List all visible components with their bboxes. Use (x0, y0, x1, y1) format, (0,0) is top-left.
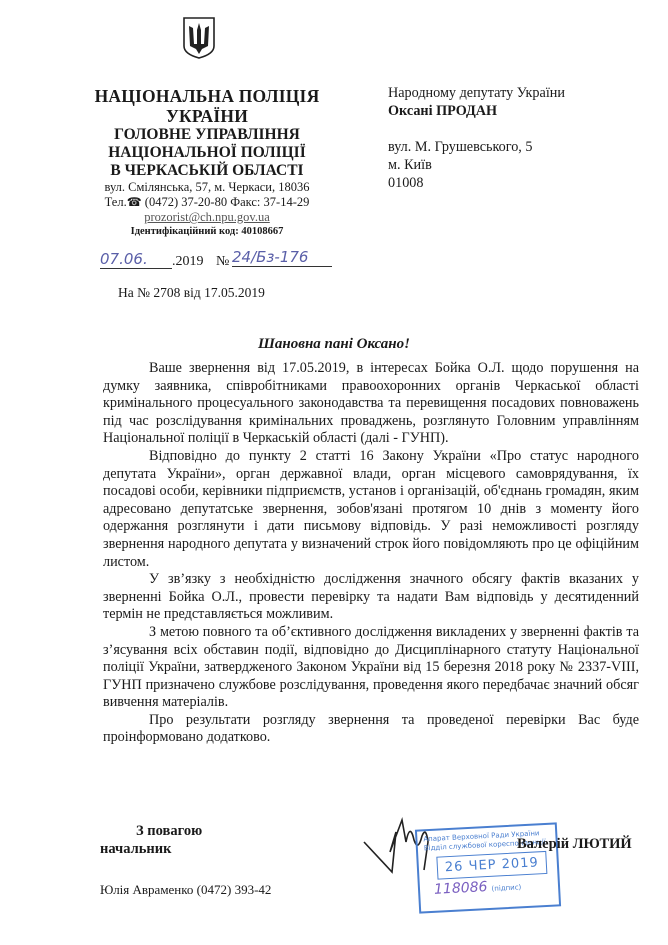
handwritten-date: 07.06. (100, 250, 172, 269)
body-paragraph-4: З метою повного та об’єктивного дослідже… (103, 624, 639, 712)
dept-name-line-1: ГОЛОВНЕ УПРАВЛІННЯ (82, 126, 332, 144)
letter-body: Ваше звернення від 17.05.2019, в інтерес… (103, 360, 639, 747)
dept-name-line-3: В ЧЕРКАСЬКІЙ ОБЛАСТІ (82, 162, 332, 180)
addressee-name: Оксані ПРОДАН (388, 102, 565, 120)
org-email-link[interactable]: prozorist@ch.npu.gov.ua (82, 210, 332, 225)
handwritten-outgoing-number: 24/Бз-176 (232, 248, 332, 267)
dept-name-line-2: НАЦІОНАЛЬНОЇ ПОЛІЦІЇ (82, 144, 332, 162)
org-phone-line: Тел.☎ (0472) 37-20-80 Факс: 37-14-29 (82, 195, 332, 210)
stamp-reg-number: 118086 (434, 879, 488, 898)
executor-contact: Юлія Авраменко (0472) 393-42 (100, 882, 271, 898)
addressee-street: вул. М. Грушевського, 5 (388, 138, 565, 156)
body-paragraph-5: Про результати розгляду звернення та про… (103, 712, 639, 747)
signer-name: Валерій ЛЮТИЙ (517, 836, 632, 853)
addressee-postcode: 01008 (388, 174, 565, 192)
organization-header: НАЦІОНАЛЬНА ПОЛІЦІЯ УКРАЇНИ ГОЛОВНЕ УПРА… (82, 86, 332, 239)
signer-position: начальник (100, 840, 202, 858)
addressee-city: м. Київ (388, 156, 565, 174)
phone-fax-numbers: (0472) 37-20-80 Факс: 37-14-29 (145, 195, 310, 209)
stamp-date: 26 ЧЕР 2019 (436, 851, 547, 880)
org-address: вул. Смілянська, 57, м. Черкаси, 18036 (82, 180, 332, 195)
body-paragraph-3: У зв’язку з необхідністю дослідження зна… (103, 571, 639, 624)
stamp-signature-label: (підпис) (491, 883, 521, 893)
closing-block: З повагою начальник (100, 822, 202, 858)
greeting: Шановна пані Оксано! (0, 336, 668, 353)
tryzub-coat-of-arms-icon (182, 16, 216, 60)
number-symbol: № (216, 254, 229, 270)
phone-icon: ☎ (127, 195, 142, 209)
addressee-block: Народному депутату України Оксані ПРОДАН… (388, 84, 565, 192)
body-paragraph-2: Відповідно до пункту 2 статті 16 Закону … (103, 448, 639, 571)
phone-label: Тел. (105, 195, 127, 209)
closing-regards: З повагою (100, 822, 202, 840)
registration-year: .2019 (172, 254, 204, 270)
org-id-code: Ідентифікаційний код: 40108667 (82, 225, 332, 239)
addressee-title: Народному депутату України (388, 84, 565, 102)
registration-line: 07.06. .2019 № 24/Бз-176 (100, 252, 320, 274)
body-paragraph-1: Ваше звернення від 17.05.2019, в інтерес… (103, 360, 639, 448)
org-name-line-2: УКРАЇНИ (82, 106, 332, 126)
org-name-line-1: НАЦІОНАЛЬНА ПОЛІЦІЯ (82, 86, 332, 106)
reply-reference: На № 2708 від 17.05.2019 (118, 285, 265, 301)
